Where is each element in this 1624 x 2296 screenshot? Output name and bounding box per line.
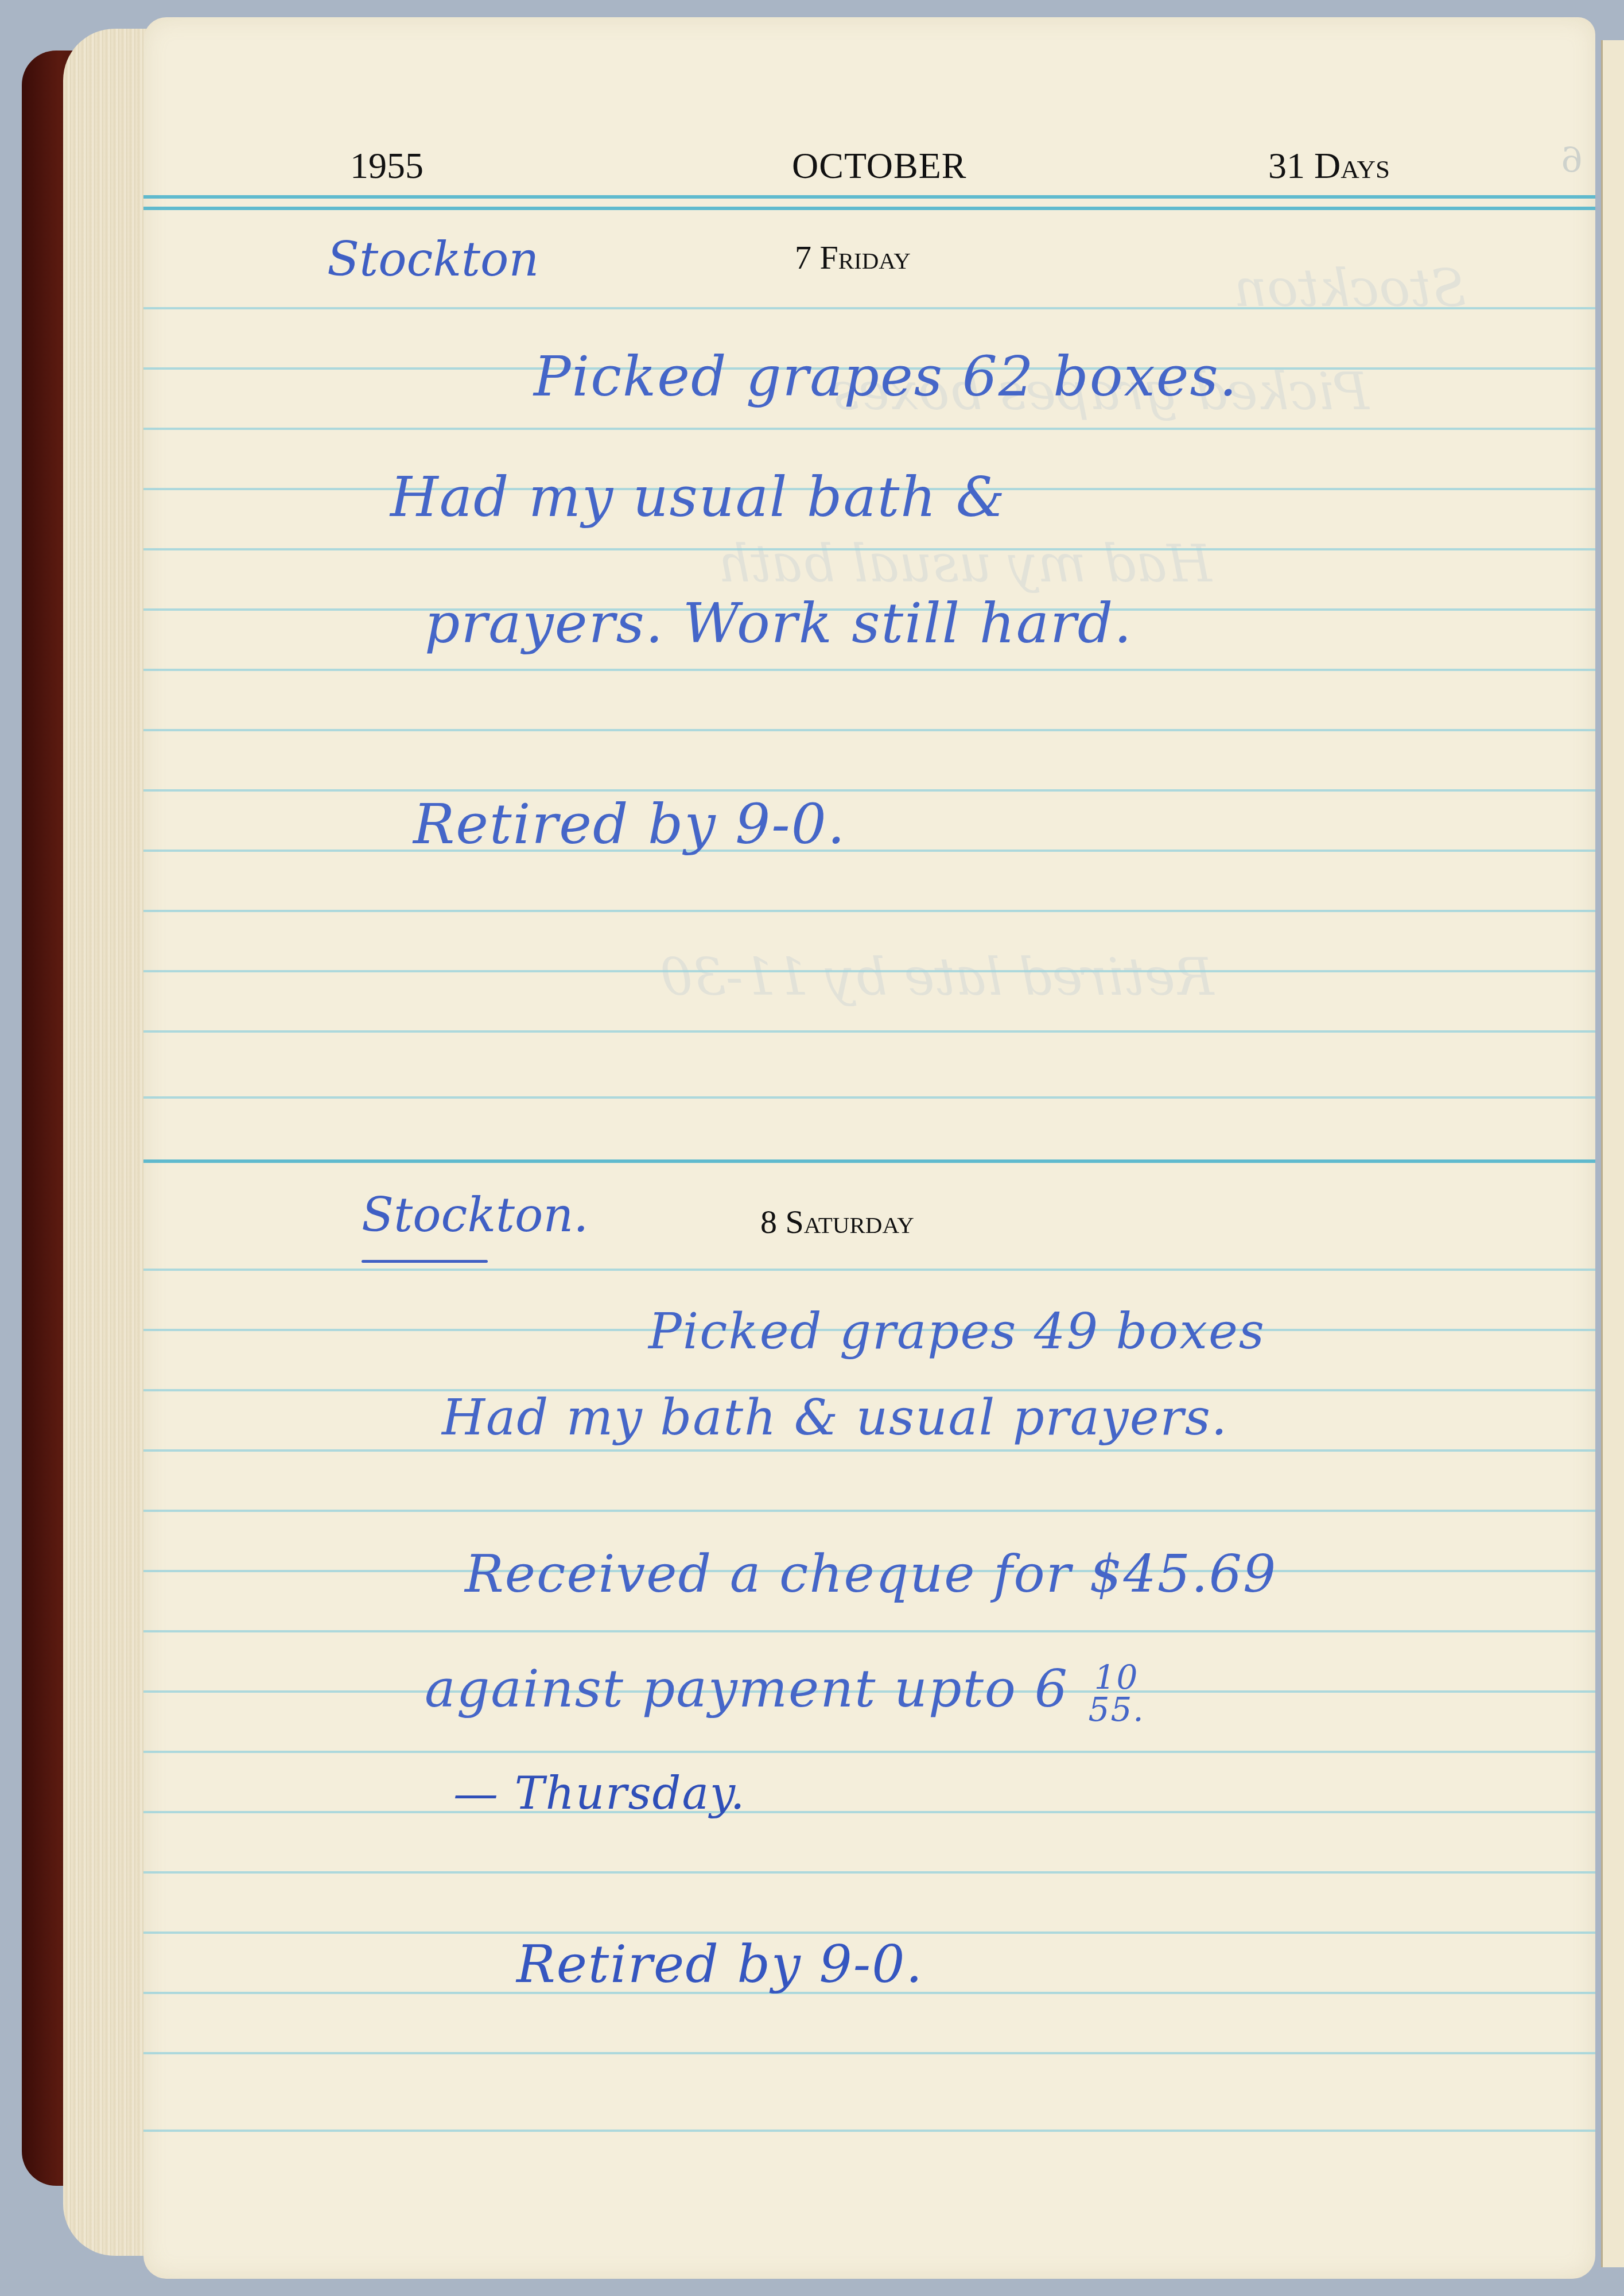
diary-page: 6 Stockton Picked grapes boxes Had my us… — [143, 17, 1595, 2279]
ruled-line — [143, 1811, 1595, 1813]
adjacent-page-edge — [1601, 40, 1624, 2267]
header-rule — [143, 195, 1595, 199]
day-heading: 8 Saturday — [760, 1203, 914, 1241]
ruled-line — [143, 1030, 1595, 1033]
entry-line: Had my usual bath & — [390, 465, 1006, 529]
entry-line: Received a cheque for $45.69 — [465, 1544, 1277, 1604]
entry-location: Stockton. — [362, 1188, 588, 1243]
entry-line: prayers. Work still hard. — [425, 591, 1133, 656]
ruled-line — [143, 1932, 1595, 1934]
entry-line: Picked grapes 62 boxes. — [534, 344, 1238, 409]
ruled-line — [143, 1269, 1595, 1271]
ruled-line — [143, 1449, 1595, 1452]
ruled-line — [143, 910, 1595, 912]
diary-header: 1955 OCTOBER 31 Days — [143, 145, 1595, 191]
ruled-line — [143, 307, 1595, 309]
header-days-count: 31 Days — [1268, 145, 1390, 187]
ruled-line — [143, 1751, 1595, 1753]
entry-line: — Thursday. — [453, 1768, 746, 1820]
date-fraction-bottom: 55. — [1089, 1693, 1145, 1725]
ruled-line — [143, 2052, 1595, 2054]
date-fraction-top: 10 — [1089, 1661, 1145, 1693]
bleed-through-text: Had my usual bath — [717, 534, 1212, 594]
entry-line-text: against payment upto 6 — [425, 1659, 1069, 1719]
ruled-line — [143, 1510, 1595, 1512]
ruled-line — [143, 789, 1595, 792]
ruled-line — [143, 428, 1595, 430]
ruled-line — [143, 970, 1595, 972]
day-heading: 7 Friday — [795, 238, 911, 277]
entry-line: against payment upto 6 10 55. — [425, 1659, 1145, 1725]
ruled-line — [143, 1871, 1595, 1874]
bleed-through-text: Stockton — [1234, 258, 1466, 319]
header-month: OCTOBER — [792, 145, 967, 187]
ruled-line — [143, 1096, 1595, 1099]
date-fraction: 10 55. — [1089, 1661, 1145, 1725]
day-divider-rule — [143, 1159, 1595, 1163]
entry-line: Retired by 9-0. — [516, 1934, 923, 1995]
ruled-line — [143, 2130, 1595, 2132]
bleed-through-text: Retired late by 11-30 — [660, 947, 1214, 1007]
header-rule — [143, 207, 1595, 210]
entry-location: Stockton — [327, 232, 539, 287]
entry-line: Retired by 9-0. — [413, 792, 846, 856]
location-underline — [362, 1260, 488, 1263]
ruled-line — [143, 669, 1595, 671]
header-year: 1955 — [350, 145, 424, 187]
ruled-line — [143, 1630, 1595, 1632]
ruled-line — [143, 548, 1595, 550]
ruled-line — [143, 850, 1595, 852]
entry-line: Had my bath & usual prayers. — [442, 1389, 1228, 1446]
entry-line: Picked grapes 49 boxes — [648, 1303, 1265, 1360]
ruled-line — [143, 729, 1595, 731]
